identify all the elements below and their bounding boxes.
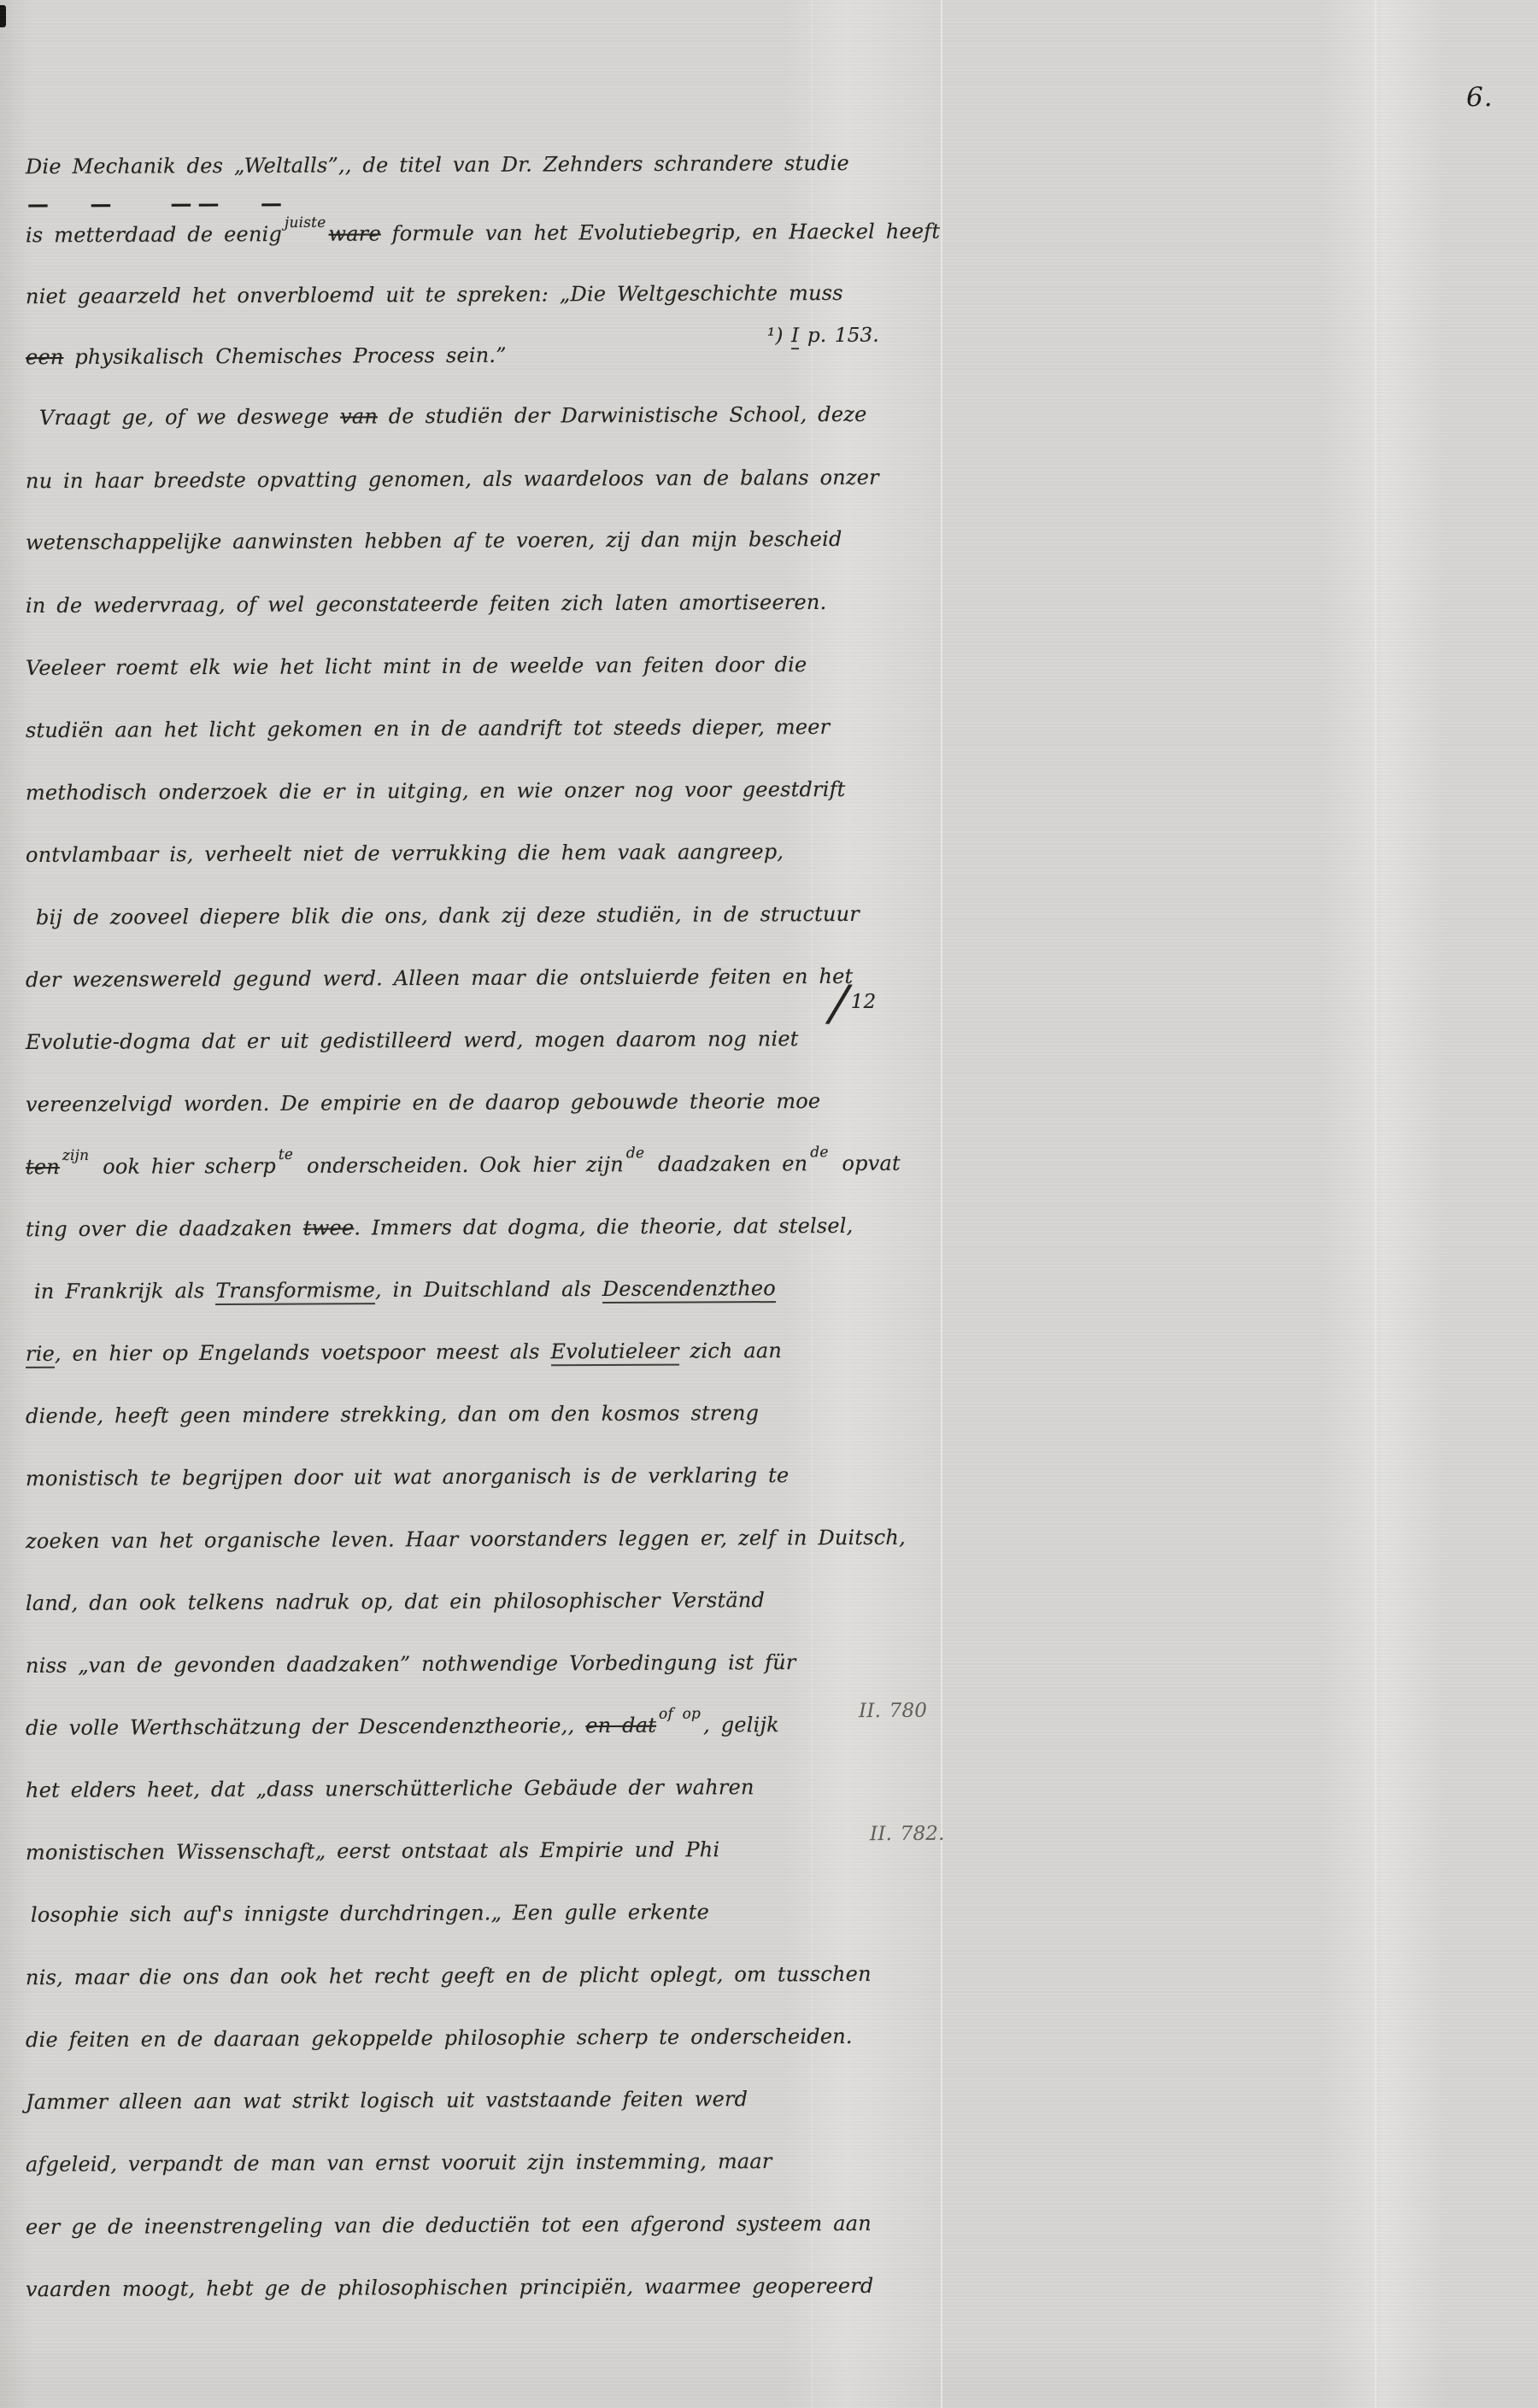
interlinear-insertion: de [626,1140,644,1166]
manuscript-line: monistisch te begrijpen door uit wat ano… [26,1462,789,1491]
manuscript-line: is metterdaad de eenigjuisteware formule… [26,219,940,251]
manuscript-line: Veeleer roemt elk wie het licht mint in … [26,652,807,681]
underlined-word: Evolutieleer [550,1339,678,1367]
scan-edge-mark [0,5,6,27]
text-segment: wetenschappelijke aanwinsten hebben af t… [26,527,842,554]
underlined-word: Descendenztheo [602,1276,776,1304]
manuscript-line: niss „van de gevonden daadzaken” nothwen… [26,1649,796,1679]
text-segment: losophie sich auf's innigste durchdringe… [31,1900,709,1926]
text-segment: ook hier scherp [91,1154,276,1179]
text-segment: 12 [851,991,877,1013]
text-segment: nu in haar breedste opvatting genomen, a… [26,466,879,493]
text-segment: methodisch onderzoek die er in uitging, … [26,777,846,805]
struck-out-word: ware [328,222,380,246]
text-segment: monistisch te begrijpen door uit wat ano… [26,1463,789,1491]
text-segment: is metterdaad de eenig [26,222,282,247]
text-segment: II. 782. [870,1823,945,1845]
manuscript-line: bij de zooveel diepere blik die ons, dan… [36,901,860,930]
manuscript-line: ting over die daadzaken twee. Immers dat… [26,1213,854,1242]
text-segment: Veeleer roemt elk wie het licht mint in … [26,653,807,680]
struck-out-word: van [340,404,378,428]
text-segment: vereenzelvigd worden. De empirie en de d… [26,1089,820,1116]
text-segment: physikalisch Chemisches Process sein.” [63,343,506,369]
manuscript-line: eer ge de ineenstrengeling van die deduc… [26,2211,872,2240]
paper-crease [1375,0,1377,2408]
manuscript-line: in Frankrijk als Transformisme, in Duits… [34,1275,776,1304]
text-segment: p. 153. [799,325,879,347]
text-segment: die volle Werthschätzung der Descendenzt… [26,1714,585,1740]
manuscript-line: ontvlambaar is, verheelt niet de verrukk… [26,839,784,868]
manuscript-line: die volle Werthschätzung der Descendenzt… [26,1712,779,1743]
manuscript-line: diende, heeft geen mindere strekking, da… [26,1400,759,1429]
paper-crease [941,0,942,2408]
text-segment: afgeleid, verpandt de man van ernst voor… [26,2149,772,2177]
text-segment: . Immers dat dogma, die theorie, dat ste… [354,1214,853,1240]
text-segment: land, dan ook telkens nadruk op, dat ein… [26,1588,765,1615]
text-segment: eer ge de ineenstrengeling van die deduc… [26,2212,872,2239]
manuscript-line: Evolutie-dogma dat er uit gedistilleerd … [26,1026,799,1055]
manuscript-line: het elders heet, dat „dass unerschütterl… [26,1774,754,1803]
text-segment: niet geaarzeld het onverbloemd uit te sp… [26,281,843,308]
text-segment: vaarden moogt, hebt ge de philosophische… [26,2274,874,2301]
manuscript-line: die feiten en de daaraan gekoppelde phil… [26,2024,853,2053]
struck-out-word: ten [26,1155,60,1179]
text-segment: , in Duitschland als [375,1277,602,1302]
manuscript-line: Vraagt ge, of we deswege van de studiën … [39,401,867,431]
manuscript-line: der wezenswereld gegund werd. Alleen maa… [26,964,853,993]
text-segment: zich aan [679,1339,782,1363]
manuscript-line: afgeleid, verpandt de man van ernst voor… [26,2148,772,2177]
text-segment: het elders heet, dat „dass unerschütterl… [26,1775,754,1802]
text-segment: Die Mechanik des „Weltalls”,, de titel v… [26,151,849,179]
text-segment: opvat [831,1151,901,1175]
text-segment: der wezenswereld gegund werd. Alleen maa… [26,964,853,992]
manuscript-line: rie, en hier op Engelands voetspoor mees… [26,1338,782,1367]
manuscript-line: nis, maar die ons dan ook het recht geef… [26,1961,872,1990]
margin-note-reference: ¹) I p. 153. [767,323,879,349]
manuscript-line: een physikalisch Chemisches Process sein… [26,343,507,370]
interlinear-insertion: zijn [62,1143,90,1169]
manuscript-line: Jammer alleen aan wat strikt logisch uit… [26,2086,748,2115]
text-segment: niss „van de gevonden daadzaken” nothwen… [26,1650,796,1678]
text-segment: , gelijk [703,1713,779,1737]
text-segment: in de wedervraag, of wel geconstateerde … [26,590,827,618]
manuscript-line: monistischen Wissenschaft„ eerst ontstaa… [26,1837,719,1866]
title-underline-dashes: — — —— — [27,190,288,217]
manuscript-line: nu in haar breedste opvatting genomen, a… [26,465,879,494]
manuscript-line: land, dan ook telkens nadruk op, dat ein… [26,1587,765,1616]
text-segment: ontvlambaar is, verheelt niet de verrukk… [26,840,784,867]
manuscript-line: methodisch onderzoek die er in uitging, … [26,776,846,806]
underlined-word: Transformisme [215,1278,375,1305]
text-segment: — — —— — [27,190,288,216]
text-segment: ¹) [767,325,791,347]
text-segment: II. 780 [859,1700,927,1722]
text-segment: Vraagt ge, of we deswege [39,405,340,431]
text-segment: onderscheiden. Ook hier zijn [296,1152,624,1178]
text-segment: Jammer alleen aan wat strikt logisch uit… [26,2087,748,2114]
text-segment: monistischen Wissenschaft„ eerst ontstaa… [26,1837,719,1865]
struck-out-word: twee [303,1216,355,1239]
text-segment: in Frankrijk als [34,1279,215,1304]
text-segment: Evolutie-dogma dat er uit gedistilleerd … [26,1027,799,1054]
interlinear-insertion: de [810,1140,828,1165]
manuscript-line: in de wedervraag, of wel geconstateerde … [26,589,827,618]
text-segment: zoeken van het organische leven. Haar vo… [26,1526,906,1553]
text-segment: daadzaken en [647,1151,807,1176]
text-segment: studiën aan het licht gekomen en in de a… [26,715,830,742]
interlinear-insertion: juiste [285,210,326,236]
manuscript-line: zoeken van het organische leven. Haar vo… [26,1525,906,1554]
manuscript-line: tenzijn ook hier scherpte onderscheiden.… [26,1151,901,1182]
manuscript-line: vaarden moogt, hebt ge de philosophische… [26,2273,874,2302]
text-segment: de studiën der Darwinistische School, de… [378,402,867,428]
text-segment: bij de zooveel diepere blik die ons, dan… [36,902,860,929]
manuscript-line: studiën aan het licht gekomen en in de a… [26,714,830,743]
manuscript-line: niet geaarzeld het onverbloemd uit te sp… [26,280,843,309]
manuscript-line: losophie sich auf's innigste durchdringe… [31,1899,709,1927]
text-segment: formule van het Evolutiebegrip, en Haeck… [381,220,940,246]
text-segment: die feiten en de daaraan gekoppelde phil… [26,2024,853,2052]
text-segment: diende, heeft geen mindere strekking, da… [26,1401,759,1428]
interlinear-insertion: te [279,1142,293,1168]
manuscript-line: vereenzelvigd worden. De empirie en de d… [26,1088,820,1117]
manuscript-line: Die Mechanik des „Weltalls”,, de titel v… [26,150,849,179]
text-segment: ting over die daadzaken [26,1216,303,1241]
struck-out-word: en dat [585,1714,656,1737]
text-segment: nis, maar die ons dan ook het recht geef… [26,1962,872,1989]
margin-note-reference: II. 780 [859,1698,927,1724]
manuscript-line: wetenschappelijke aanwinsten hebben af t… [26,526,842,555]
margin-note-insert-mark: /12 [831,989,877,1015]
manuscript-page: 6. Die Mechanik des „Weltalls”,, de tite… [0,0,1538,2408]
text-segment: , en hier op Engelands voetspoor meest a… [55,1339,551,1366]
margin-note-reference: II. 782. [870,1821,945,1847]
struck-out-word: een [26,345,64,369]
insertion-slash-mark: / [830,993,848,1011]
page-number: 6. [1466,82,1494,113]
underlined-word: rie [26,1342,55,1368]
interlinear-insertion: of op [659,1701,701,1726]
